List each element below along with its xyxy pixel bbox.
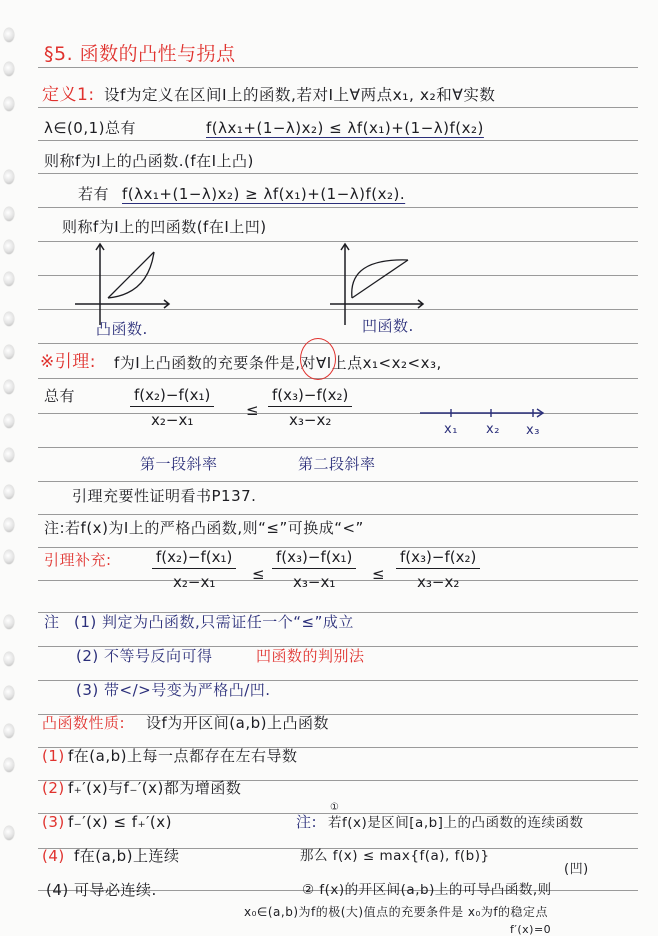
ruled-line xyxy=(38,173,638,174)
binder-hole xyxy=(4,345,14,359)
fraction-numerator: f(x₂)−f(x₁) xyxy=(152,548,236,569)
ruled-line xyxy=(38,207,638,208)
binder-hole xyxy=(4,485,14,499)
binder-hole xyxy=(4,240,14,254)
fraction-numerator: f(x₃)−f(x₂) xyxy=(396,548,480,569)
number-line-icon xyxy=(418,406,548,420)
lemma-text: f为I上凸函数的充要条件是,对∀I上点x₁<x₂<x₃, xyxy=(114,353,442,373)
side-note-line5: f′(x)=0 xyxy=(510,920,551,936)
page-title: §5. 函数的凸性与拐点 xyxy=(44,44,236,64)
fraction-denominator: x₂−x₁ xyxy=(152,569,236,591)
property-3-number: (3) xyxy=(42,812,65,832)
binder-hole xyxy=(4,652,14,666)
axis-label-x1: x₁ xyxy=(444,420,458,440)
definition-line1: 设f为定义在区间I上的函数,若对I上∀两点x₁, x₂和∀实数 xyxy=(104,85,495,105)
binder-hole xyxy=(4,724,14,738)
binder-hole xyxy=(4,615,14,629)
fraction-numerator: f(x₃)−f(x₂) xyxy=(268,386,352,407)
ruled-line xyxy=(38,481,638,482)
second-slope-label: 第二段斜率 xyxy=(298,454,376,474)
convex-graph-icon xyxy=(70,240,170,330)
binder-hole xyxy=(4,28,14,42)
property-1-number: (1) xyxy=(42,746,65,766)
supplement-fraction-3: f(x₃)−f(x₂) x₃−x₂ xyxy=(396,548,480,591)
less-equal-sign: ≤ xyxy=(246,400,259,420)
side-note-line3: ② f(x)的开区间(a,b)上的可导凸函数,则 xyxy=(302,880,552,900)
side-note-line2: 那么 f(x) ≤ max{f(a), f(b)} xyxy=(300,846,490,866)
properties-intro: 设f为开区间(a,b)上凸函数 xyxy=(146,713,329,733)
ruled-line xyxy=(38,67,638,68)
property-3-text: f₋′(x) ≤ f₊′(x) xyxy=(68,812,172,832)
ruled-line xyxy=(38,343,638,344)
concave-graph-caption: 凹函数. xyxy=(362,316,414,336)
ruled-line xyxy=(38,140,638,141)
differentiable-implies-continuous: (4) 可导必连续. xyxy=(46,880,157,900)
fraction-denominator: x₂−x₁ xyxy=(130,407,214,429)
fraction-numerator: f(x₂)−f(x₁) xyxy=(130,386,214,407)
convex-inequality: f(λx₁+(1−λ)x₂) ≤ λf(x₁)+(1−λ)f(x₂) xyxy=(206,118,484,138)
binder-hole xyxy=(4,550,14,564)
ruled-line xyxy=(38,514,638,515)
fraction-denominator: x₃−x₁ xyxy=(272,569,356,591)
note-item-1: (1) 判定为凸函数,只需证任一个“≤”成立 xyxy=(74,612,354,632)
note-item-2: (2) 不等号反向可得 xyxy=(76,646,213,666)
ruled-line xyxy=(38,447,638,448)
definition-line5: 则称f为I上的凹函数(f在I上凹) xyxy=(62,217,267,237)
less-equal-sign: ≤ xyxy=(252,564,265,584)
property-4-text: f在(a,b)上连续 xyxy=(74,846,179,866)
binder-hole xyxy=(4,380,14,394)
lemma-proof-reference: 引理充要性证明看书P137. xyxy=(72,486,256,506)
lemma-label: ※引理: xyxy=(40,352,96,372)
notes-label: 注 xyxy=(44,612,60,632)
first-slope-label: 第一段斜率 xyxy=(140,454,218,474)
side-note-line4: x₀∈(a,b)为f的极(大)值点的充要条件是 x₀为f的稳定点 xyxy=(244,902,548,922)
definition-line3: 则称f为I上的凸函数.(f在I上凸) xyxy=(44,151,254,171)
note-item-3: (3) 带</>号变为严格凸/凹. xyxy=(76,680,271,700)
highlight-circle xyxy=(300,338,336,380)
fraction-numerator: f(x₃)−f(x₁) xyxy=(272,548,356,569)
ruled-line xyxy=(38,378,638,379)
binder-hole xyxy=(4,312,14,326)
convex-graph-caption: 凸函数. xyxy=(96,319,148,339)
axis-label-x3: x₃ xyxy=(526,421,540,441)
fraction-denominator: x₃−x₂ xyxy=(268,407,352,429)
ruled-line xyxy=(38,107,638,108)
binder-hole xyxy=(4,758,14,772)
supplement-fraction-2: f(x₃)−f(x₁) x₃−x₁ xyxy=(272,548,356,591)
binder-hole xyxy=(4,448,14,462)
definition-line2-prefix: λ∈(0,1)总有 xyxy=(44,118,136,138)
binder-hole xyxy=(4,62,14,76)
concave-criterion-highlight: 凹函数的判别法 xyxy=(256,646,365,666)
side-note-label: 注: xyxy=(296,812,317,832)
supplement-fraction-1: f(x₂)−f(x₁) x₂−x₁ xyxy=(152,548,236,591)
definition-label: 定义1: xyxy=(42,85,95,105)
property-2-text: f₊′(x)与f₋′(x)都为增函数 xyxy=(68,778,241,798)
binder-hole xyxy=(4,686,14,700)
binder-hole xyxy=(4,518,14,532)
lemma-supplement-label: 引理补充: xyxy=(44,550,112,570)
axis-label-x2: x₂ xyxy=(486,420,500,440)
lemma-fraction-2: f(x₃)−f(x₂) x₃−x₂ xyxy=(268,386,352,429)
binder-hole xyxy=(4,414,14,428)
side-note-line1: 若f(x)是区间[a,b]上的凸函数的连续函数 xyxy=(328,813,583,833)
strict-convex-note: 注:若f(x)为I上的严格凸函数,则“≤”可换成“<” xyxy=(44,518,364,538)
property-2-number: (2) xyxy=(42,778,65,798)
property-4-number: (4) xyxy=(42,846,65,866)
property-1-text: f在(a,b)上每一点都存在左右导数 xyxy=(68,746,297,766)
side-note-concave-marker: (凹) xyxy=(564,860,589,880)
less-equal-sign: ≤ xyxy=(372,564,385,584)
binder-hole xyxy=(4,272,14,286)
fraction-denominator: x₃−x₂ xyxy=(396,569,480,591)
binder-hole xyxy=(4,97,14,111)
lemma-always: 总有 xyxy=(44,386,75,406)
binder-hole xyxy=(4,170,14,184)
concave-inequality: f(λx₁+(1−λ)x₂) ≥ λf(x₁)+(1−λ)f(x₂). xyxy=(122,184,405,204)
definition-line4-prefix: 若有 xyxy=(78,184,109,204)
binder-hole xyxy=(4,826,14,840)
properties-label: 凸函数性质: xyxy=(42,713,125,733)
lemma-fraction-1: f(x₂)−f(x₁) x₂−x₁ xyxy=(130,386,214,429)
notebook-page: §5. 函数的凸性与拐点 定义1: 设f为定义在区间I上的函数,若对I上∀两点x… xyxy=(0,0,658,936)
binder-hole xyxy=(4,207,14,221)
ruled-line xyxy=(38,714,638,715)
